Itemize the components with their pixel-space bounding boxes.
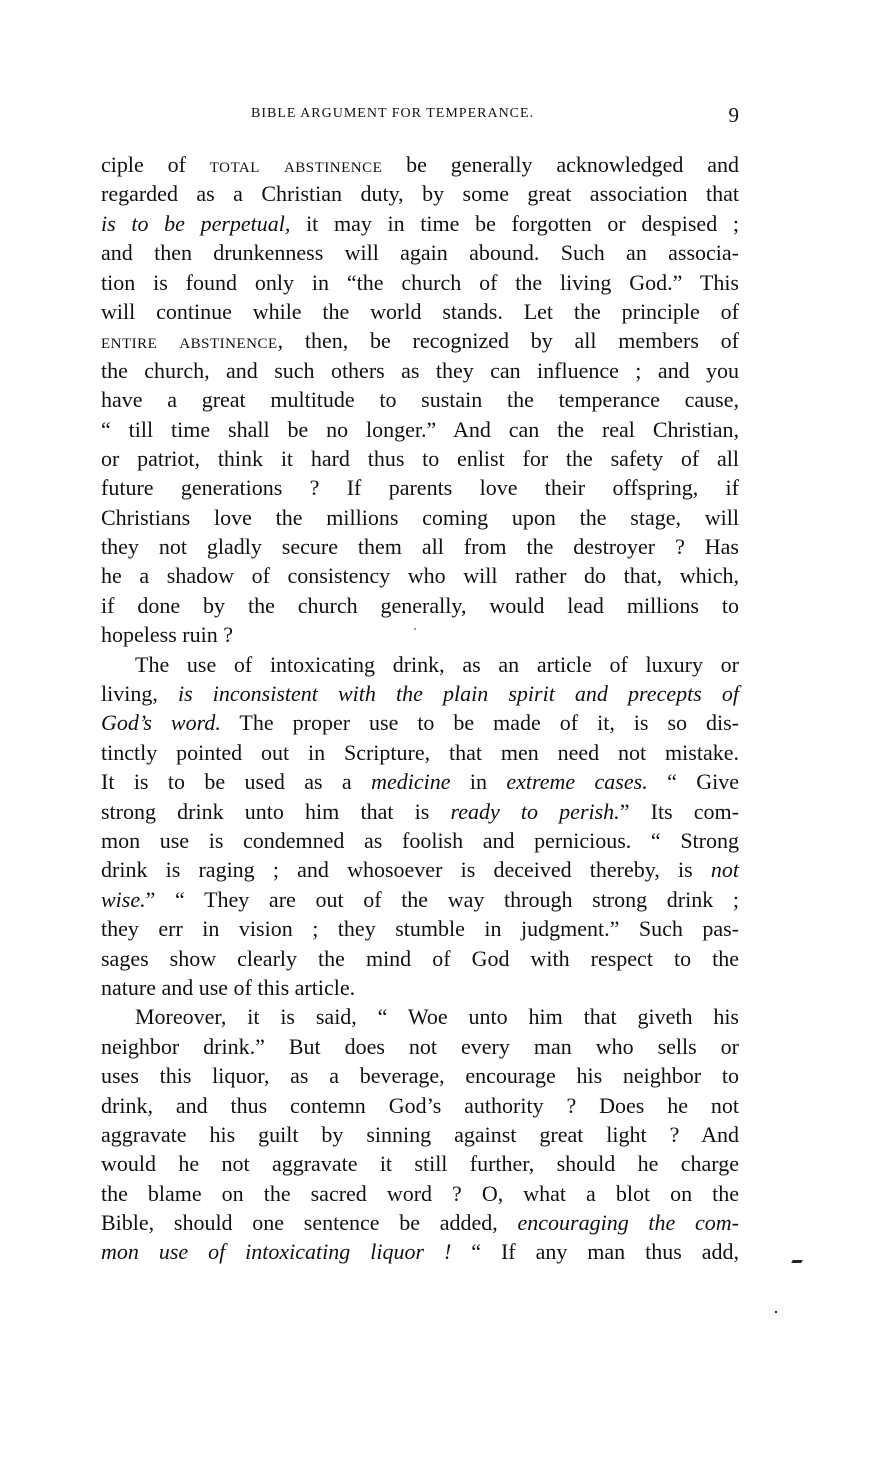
italic-emphasis: wise. (101, 887, 146, 912)
text-line: ENTIRE ABSTINENCE, then, be recognized b… (101, 326, 739, 355)
text-line: or patriot, think it hard thus to enlist… (101, 444, 739, 473)
text-line: neighbor drink.” But does not every man … (101, 1032, 739, 1061)
running-title: Bible Argument for Temperance. (251, 106, 534, 122)
text-line: nature and use of this article. (101, 973, 739, 1002)
text-line: The use of intoxicating drink, as an art… (101, 650, 739, 679)
italic-emphasis: is inconsistent with the plain spirit an… (178, 681, 739, 706)
text-line: the church, and such others as they can … (101, 356, 739, 385)
text-line: have a great multitude to sustain the te… (101, 385, 739, 414)
small-caps-emphasis: ENTIRE ABSTINENCE (101, 329, 278, 353)
text-line: they not gladly secure them all from the… (101, 532, 739, 561)
book-page: Bible Argument for Temperance. 9 ciple o… (0, 0, 888, 1475)
italic-emphasis: is to be perpetual, (101, 211, 290, 236)
text-line: drink, and thus contemn God’s authority … (101, 1091, 739, 1120)
running-head: Bible Argument for Temperance. 9 (101, 106, 739, 130)
text-line: regarded as a Christian duty, by some gr… (101, 179, 739, 208)
text-line: God’s word. The proper use to be made of… (101, 708, 739, 737)
text-line: would he not aggravate it still further,… (101, 1149, 739, 1178)
italic-emphasis: not (711, 857, 739, 882)
text-line: uses this liquor, as a beverage, encoura… (101, 1061, 739, 1090)
text-line: Christians love the millions coming upon… (101, 503, 739, 532)
italic-emphasis: God’s word. (101, 710, 221, 735)
text-line: tion is found only in “the church of the… (101, 268, 739, 297)
italic-emphasis: ready to perish. (450, 799, 619, 824)
scan-speck (414, 628, 416, 630)
small-caps-emphasis: TOTAL ABSTINENCE (210, 153, 383, 177)
text-line: Bible, should one sentence be added, enc… (101, 1208, 739, 1237)
text-line: aggravate his guilt by sinning against g… (101, 1120, 739, 1149)
text-line: if done by the church generally, would l… (101, 591, 739, 620)
text-line: drink is raging ; and whosoever is decei… (101, 855, 739, 884)
italic-emphasis: encouraging the com- (517, 1210, 739, 1235)
text-line: living, is inconsistent with the plain s… (101, 679, 739, 708)
text-line: tinctly pointed out in Scripture, that m… (101, 738, 739, 767)
scan-speck (791, 1260, 803, 1263)
text-line: Moreover, it is said, “ Woe unto him tha… (101, 1002, 739, 1031)
text-line: future generations ? If parents love the… (101, 473, 739, 502)
text-line: ciple of TOTAL ABSTINENCE be generally a… (101, 150, 739, 179)
text-line: It is to be used as a medicine in extrem… (101, 767, 739, 796)
italic-emphasis: extreme cases. (506, 769, 647, 794)
text-line: and then drunkenness will again abound. … (101, 238, 739, 267)
text-line: hopeless ruin ? (101, 620, 739, 649)
text-line: mon use is condemned as foolish and pern… (101, 826, 739, 855)
italic-emphasis: mon use of intoxicating liquor ! (101, 1239, 451, 1264)
body-text: ciple of TOTAL ABSTINENCE be generally a… (101, 150, 739, 1267)
text-line: the blame on the sacred word ? O, what a… (101, 1179, 739, 1208)
text-line: is to be perpetual, it may in time be fo… (101, 209, 739, 238)
page-number: 9 (729, 103, 740, 128)
text-line: mon use of intoxicating liquor ! “ If an… (101, 1237, 739, 1266)
text-line: he a shadow of consistency who will rath… (101, 561, 739, 590)
text-line: wise.” “ They are out of the way through… (101, 885, 739, 914)
text-line: sages show clearly the mind of God with … (101, 944, 739, 973)
text-line: will continue while the world stands. Le… (101, 297, 739, 326)
text-line: they err in vision ; they stumble in jud… (101, 914, 739, 943)
text-line: strong drink unto him that is ready to p… (101, 797, 739, 826)
italic-emphasis: medicine (371, 769, 450, 794)
scan-speck (775, 1311, 777, 1313)
text-line: “ till time shall be no longer.” And can… (101, 415, 739, 444)
